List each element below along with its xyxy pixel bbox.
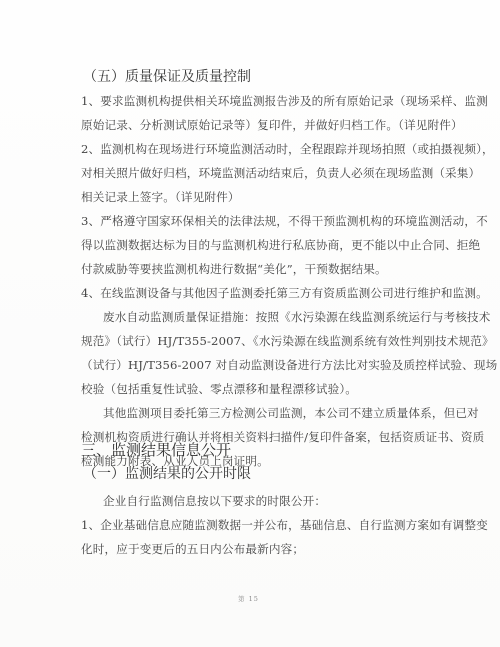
paragraph-line: 相关记录上签字。（详见附件） [81, 189, 435, 205]
paragraph-line: 1、要求监测机构提供相关环境监测报告涉及的所有原始记录（现场采样、监测 [81, 93, 435, 109]
paragraph-line: 其他监测项目委托第三方检测公司监测，本公司不建立质量体系，但已对 [103, 405, 435, 421]
paragraph-line: （试行）HJ/T356-2007 对自动监测设备进行方法比对实验及质控样试验、现… [81, 357, 435, 373]
page-number: 第 15 [238, 594, 259, 603]
paragraph-line: 3、严格遵守国家环保相关的法律法规，不得干预监测机构的环境监测活动，不 [81, 213, 435, 229]
section-heading-disclosure: 三、监测结果信息公开 [81, 440, 231, 460]
paragraph-line: 付款威胁等要挟监测机构进行数据“美化”，干预数据结果。 [81, 261, 435, 277]
section-heading-quality-assurance: （五）质量保证及质量控制 [83, 68, 251, 86]
paragraph-line: 化时，应于变更后的五日内公布最新内容； [81, 541, 435, 557]
paragraph-line: 原始记录、分析测试原始记录等）复印件，并做好归档工作。（详见附件） [81, 117, 435, 133]
paragraph-line: 4、在线监测设备与其他因子监测委托第三方有资质监测公司进行维护和监测。 [81, 285, 435, 301]
paragraph-line: 得以监测数据达标为目的与监测机构进行私底协商，更不能以中止合同、拒绝 [81, 237, 435, 253]
paragraph-line: 校验（包括重复性试验、零点漂移和量程漂移试验）。 [81, 381, 435, 397]
paragraph-line: 企业自行监测信息按以下要求的时限公开： [103, 493, 435, 509]
paragraph-line: 2、监测机构在现场进行环境监测活动时，全程跟踪并现场拍照（或拍摄视频）， [81, 141, 435, 157]
paragraph-line: 1、企业基础信息应随监测数据一并公布，基础信息、自行监测方案如有调整变 [81, 517, 435, 533]
document-page: （五）质量保证及质量控制 1、要求监测机构提供相关环境监测报告涉及的所有原始记录… [0, 0, 500, 647]
paragraph-line: 废水自动监测质量保证措施：按照《水污染源在线监测系统运行与考核技术 [103, 309, 435, 325]
paragraph-line: 规范》（试行）HJ/T355-2007、《水污染源在线监测系统有效性判别技术规范… [81, 333, 435, 349]
subsection-heading-disclosure-timeline: （一）监测结果的公开时限 [83, 465, 251, 483]
paragraph-line: 对相关照片做好归档，环境监测活动结束后，负责人必须在现场监测（采集） [81, 165, 435, 181]
